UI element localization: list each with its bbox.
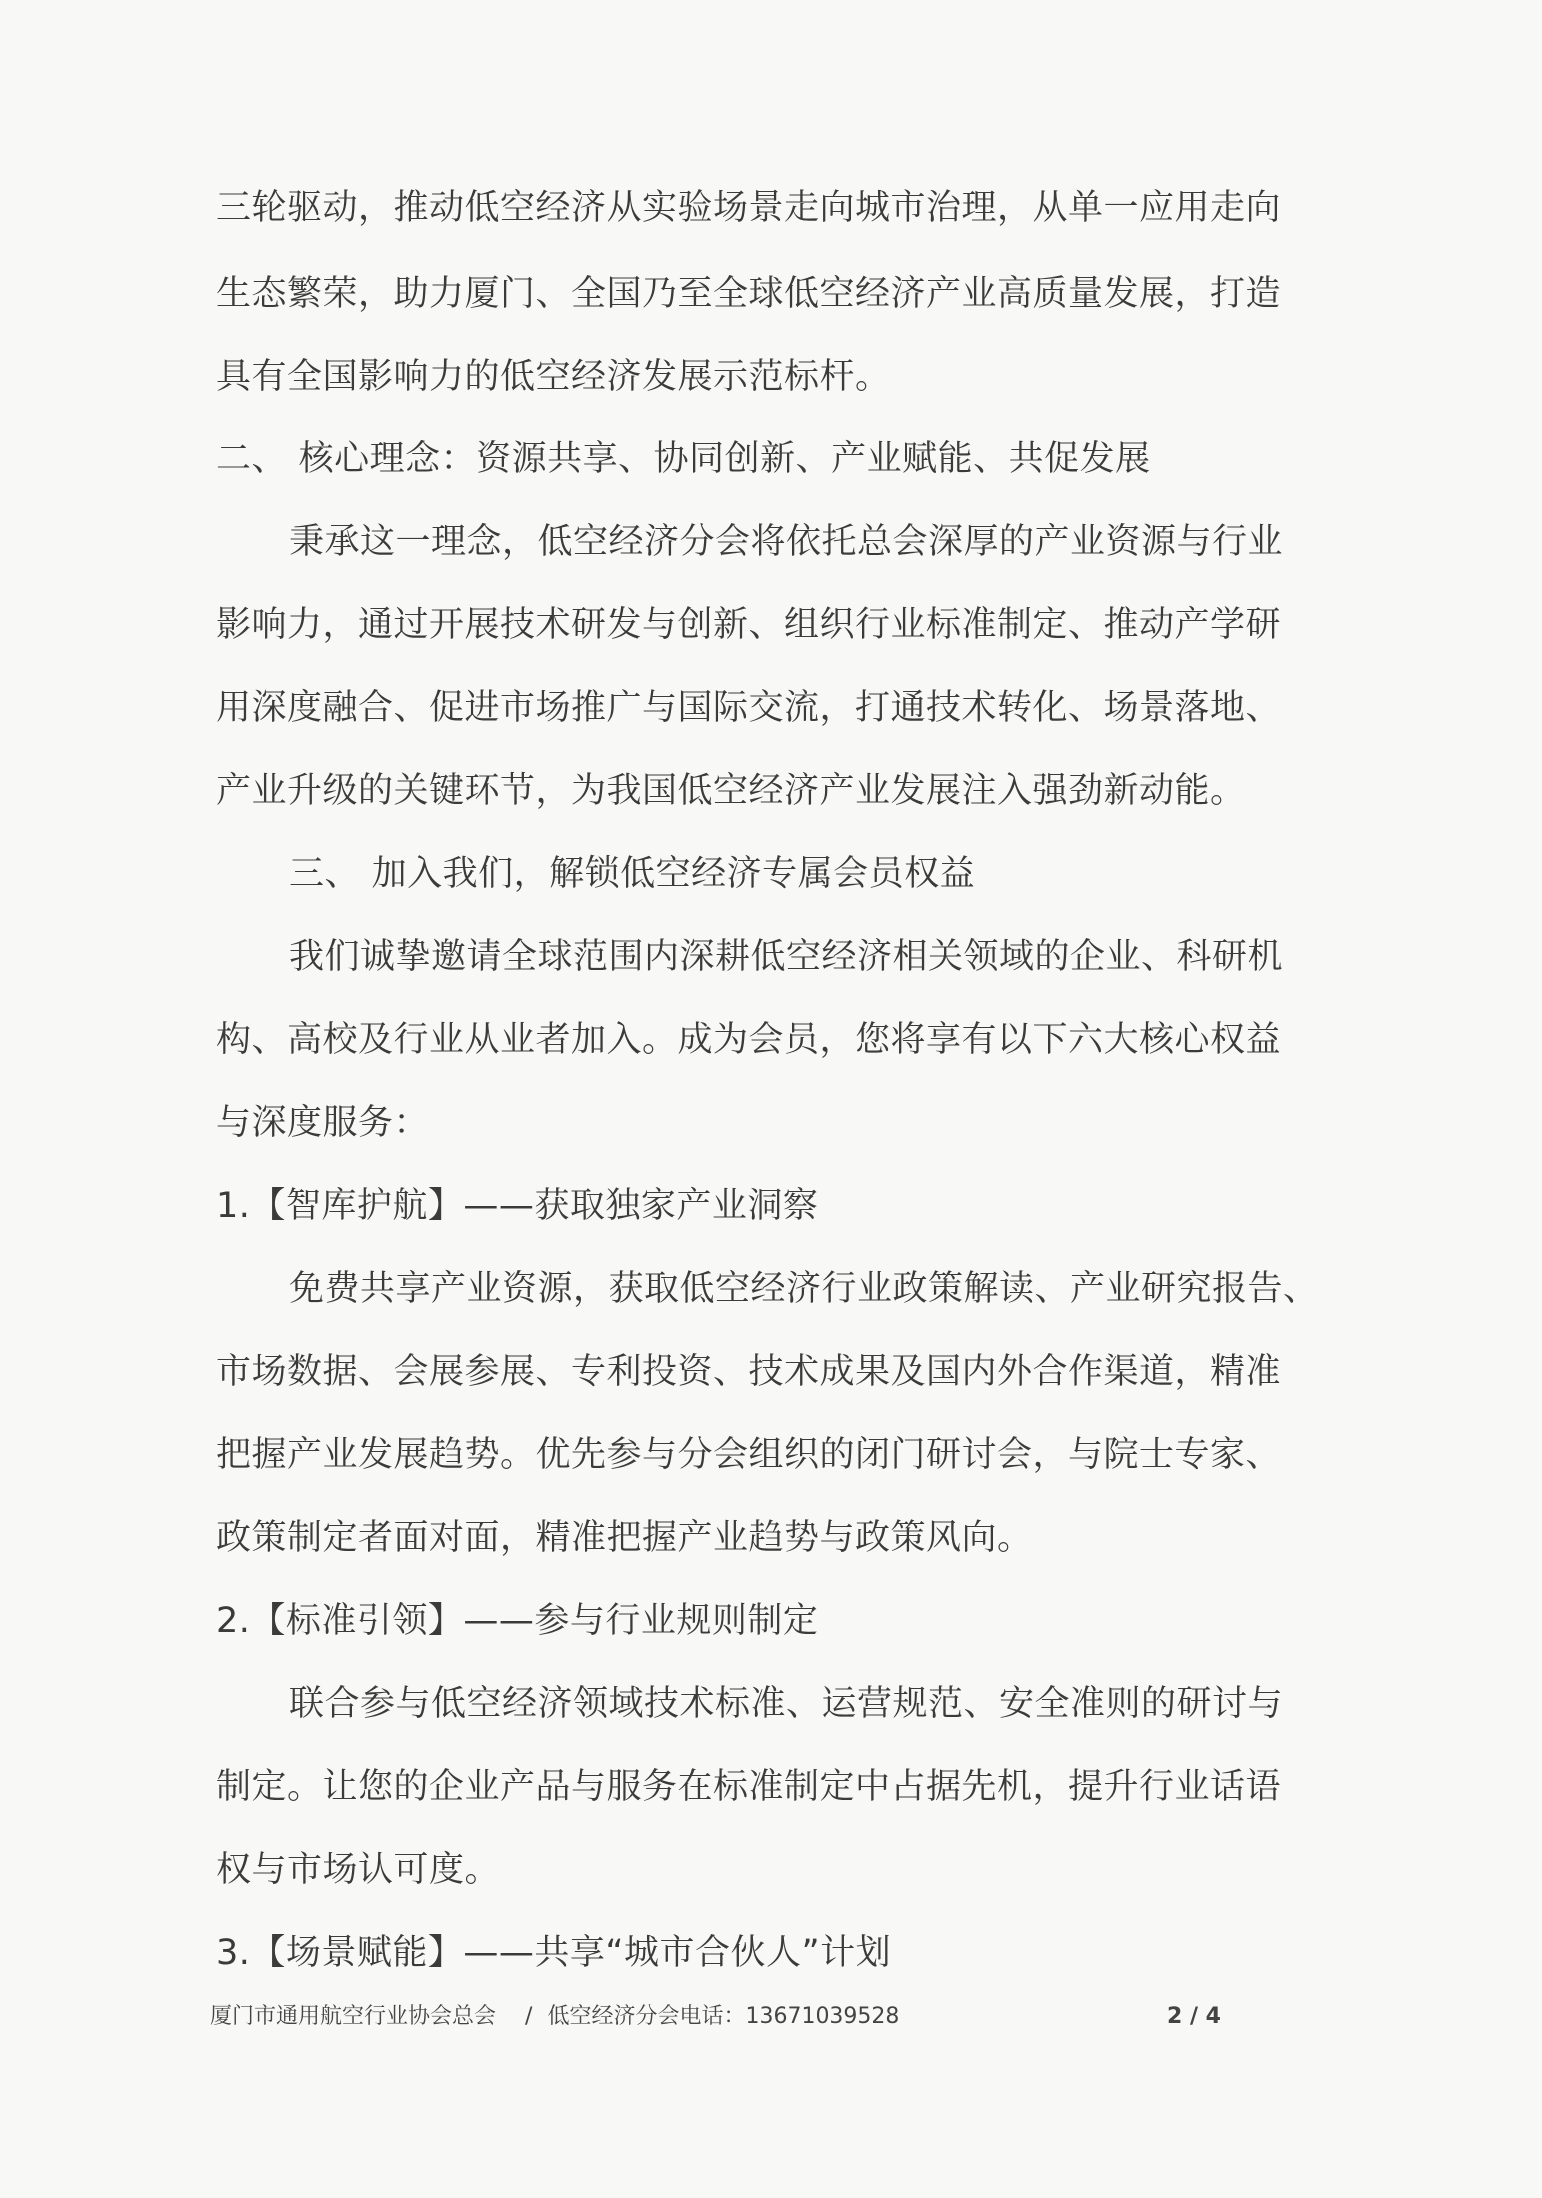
body-text-line: 联合参与低空经济领域技术标准、运营规范、安全准则的研讨与 — [289, 1682, 1283, 1726]
body-text-line: 免费共享产业资源，获取低空经济行业政策解读、产业研究报告、 — [289, 1267, 1319, 1311]
body-text-line: 制定。让您的企业产品与服务在标准制定中占据先机，提升行业话语 — [216, 1765, 1281, 1809]
footer-separator: / — [525, 2004, 532, 2029]
body-text-line: 政策制定者面对面，精准把握产业趋势与政策风向。 — [216, 1516, 1033, 1560]
body-text-line: 产业升级的关键环节，为我国低空经济产业发展注入强劲新动能。 — [216, 769, 1246, 813]
section-heading-core-concept: 二、 核心理念：资源共享、协同创新、产业赋能、共促发展 — [216, 437, 1151, 481]
benefit-heading-scenarios: 3.【场景赋能】——共享“城市合伙人”计划 — [216, 1931, 891, 1975]
body-text-line: 秉承这一理念，低空经济分会将依托总会深厚的产业资源与行业 — [289, 520, 1283, 564]
document-page: 三轮驱动，推动低空经济从实验场景走向城市治理，从单一应用走向 生态繁荣，助力厦门… — [0, 0, 1542, 2198]
section-heading-join-us: 三、 加入我们，解锁低空经济专属会员权益 — [289, 852, 975, 896]
body-text-line: 三轮驱动，推动低空经济从实验场景走向城市治理，从单一应用走向 — [216, 186, 1281, 230]
body-text-line: 用深度融合、促进市场推广与国际交流，打通技术转化、场景落地、 — [216, 686, 1281, 730]
page-number: 2 / 4 — [1167, 2002, 1221, 2032]
body-text-line: 影响力，通过开展技术研发与创新、组织行业标准制定、推动产学研 — [216, 603, 1281, 647]
body-text-line: 生态繁荣，助力厦门、全国乃至全球低空经济产业高质量发展，打造 — [216, 272, 1281, 316]
footer-organization: 厦门市通用航空行业协会总会 — [210, 2004, 496, 2029]
footer-phone: 13671039528 — [745, 2004, 899, 2029]
benefit-heading-think-tank: 1.【智库护航】——获取独家产业洞察 — [216, 1184, 818, 1228]
body-text-line: 具有全国影响力的低空经济发展示范标杆。 — [216, 355, 891, 399]
benefit-heading-standards: 2.【标准引领】——参与行业规则制定 — [216, 1599, 818, 1643]
body-text-line: 构、高校及行业从业者加入。成为会员，您将享有以下六大核心权益 — [216, 1018, 1281, 1062]
body-text-line: 权与市场认可度。 — [216, 1848, 500, 1892]
footer-contact-label: 低空经济分会电话： — [547, 2004, 745, 2029]
body-text-line: 把握产业发展趋势。优先参与分会组织的闭门研讨会，与院士专家、 — [216, 1433, 1281, 1477]
body-text-line: 与深度服务： — [216, 1101, 429, 1145]
page-footer: 厦门市通用航空行业协会总会 / 低空经济分会电话：13671039528 — [210, 2002, 899, 2032]
body-text-line: 我们诚挚邀请全球范围内深耕低空经济相关领域的企业、科研机 — [289, 935, 1283, 979]
body-text-line: 市场数据、会展参展、专利投资、技术成果及国内外合作渠道，精准 — [216, 1350, 1281, 1394]
